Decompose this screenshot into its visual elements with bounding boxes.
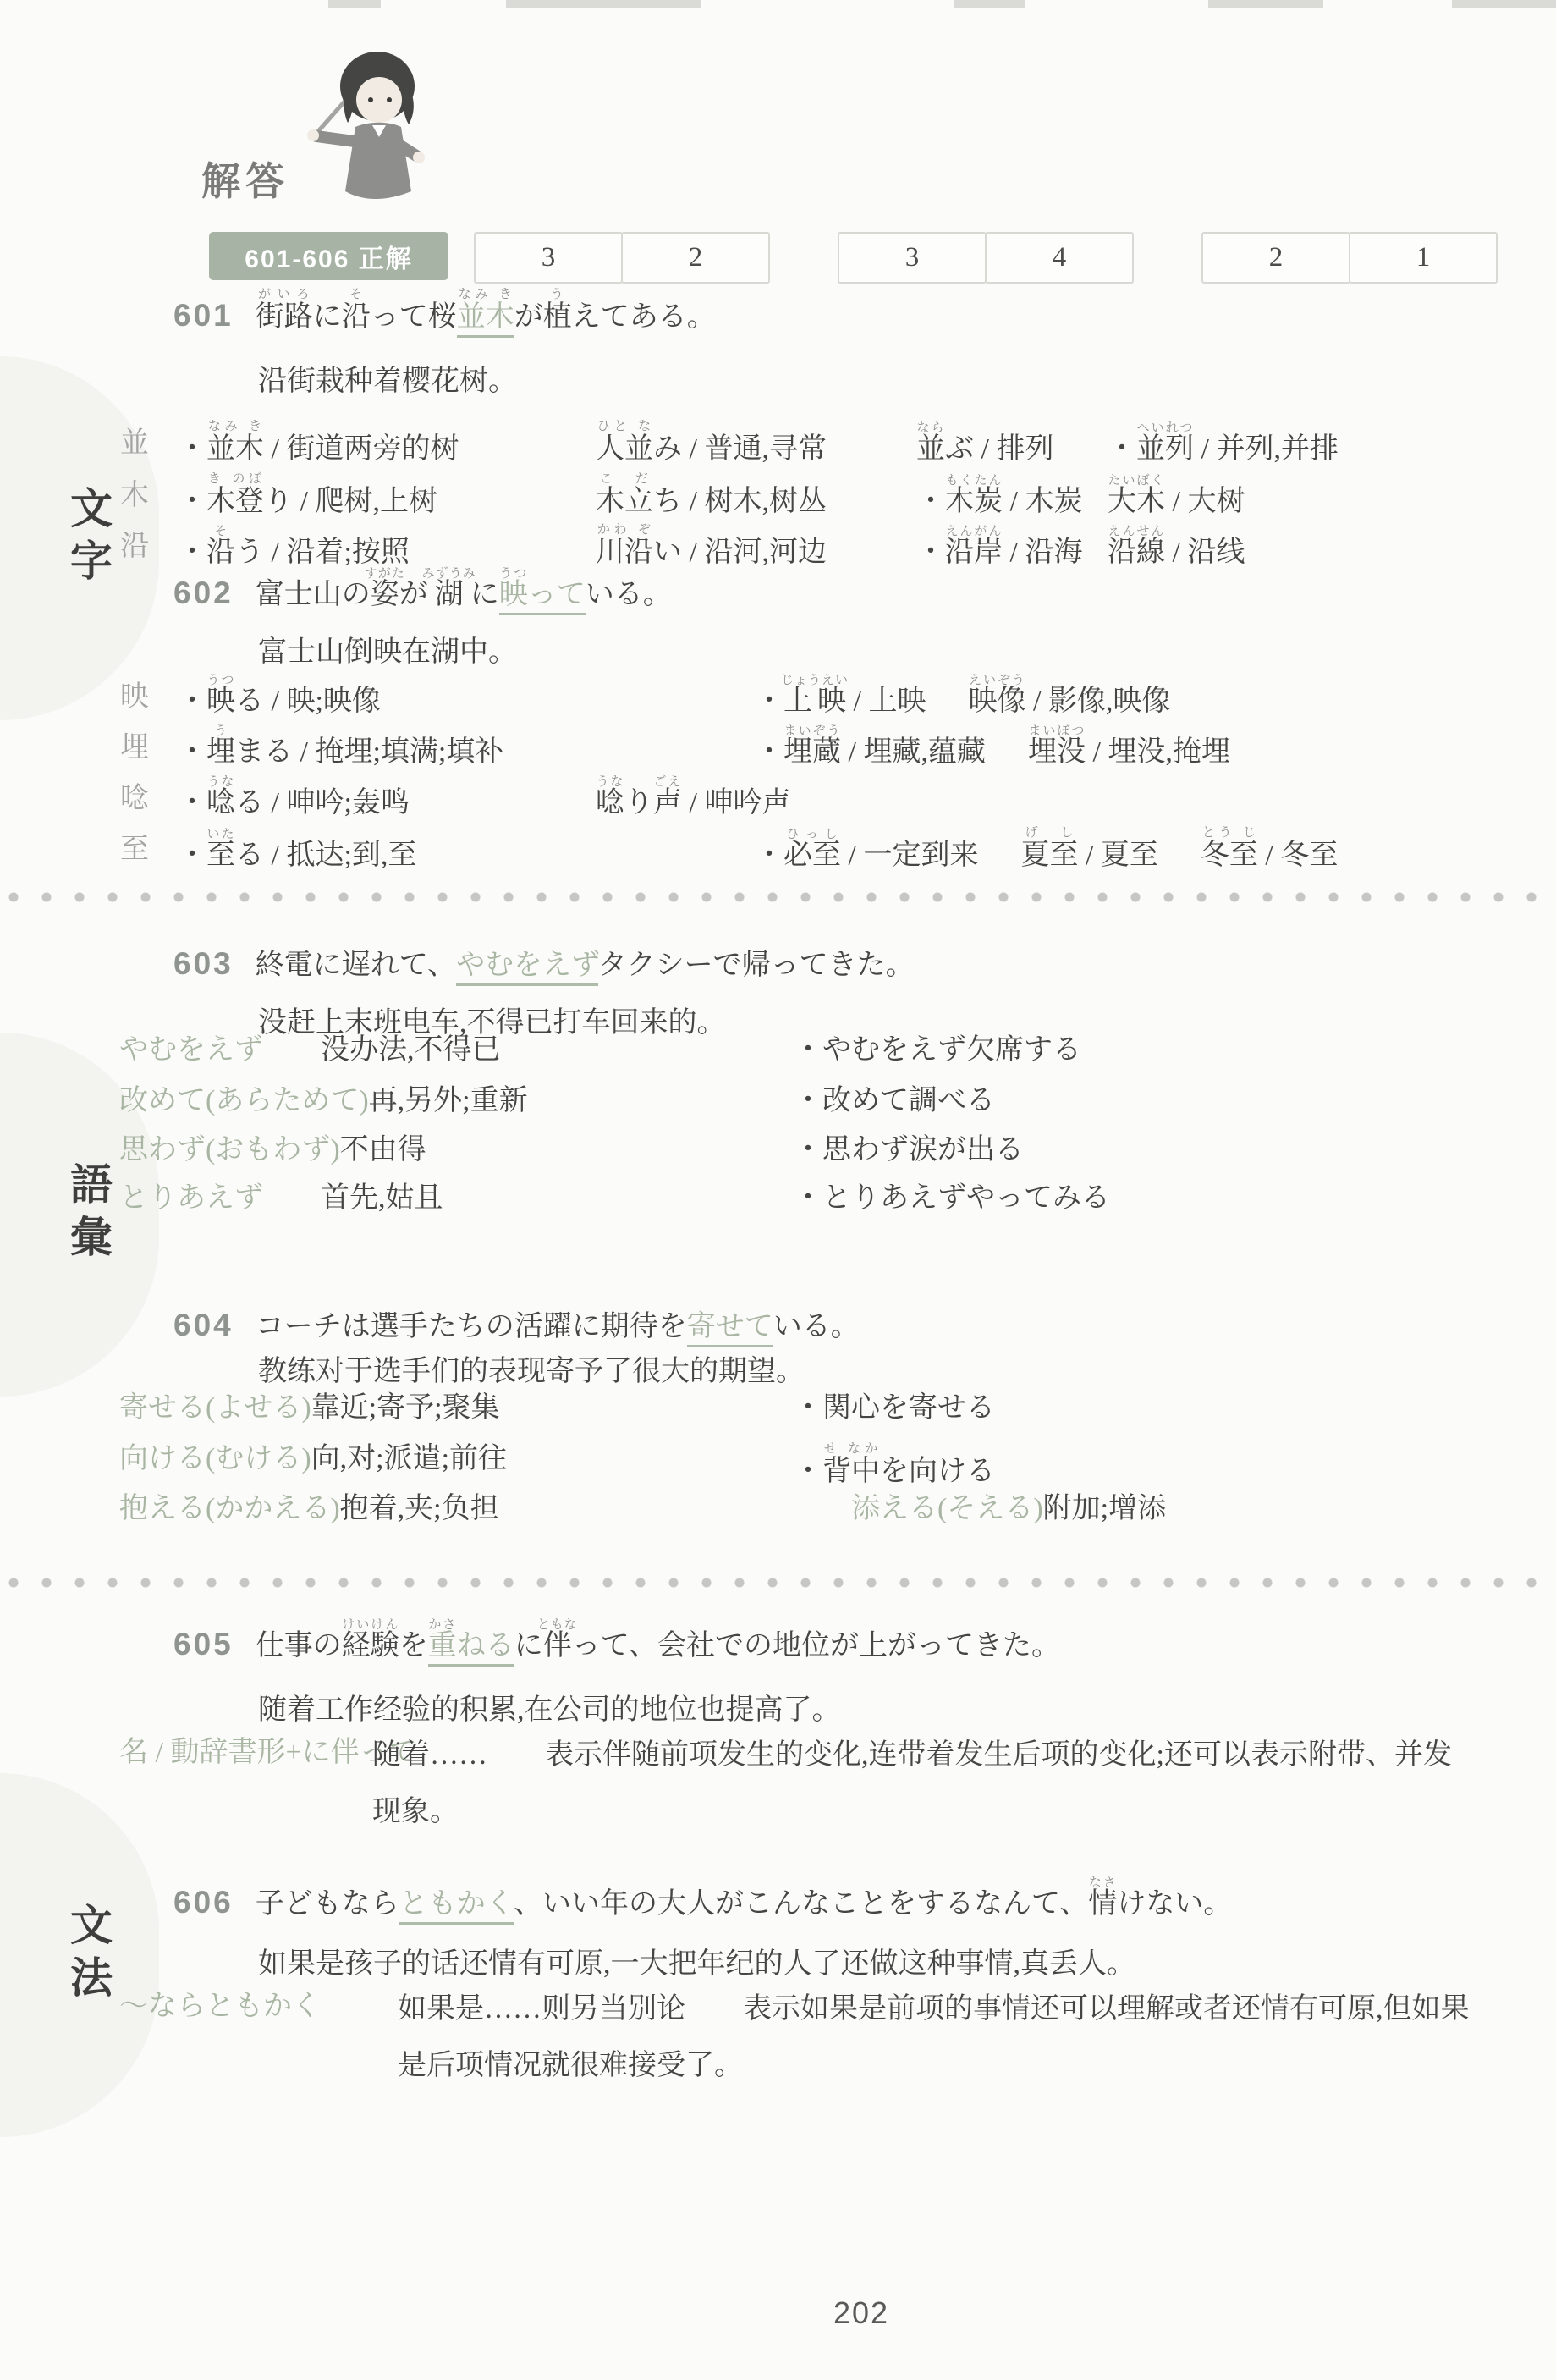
answer-cell: 4 [985,232,1134,284]
vocab-example: ・関心を寄せる [794,1391,995,1427]
vocab-item: 埋没まいぼつ / 埋没,掩埋 [1028,724,1230,771]
question-number: 606 [173,1885,234,1920]
vocab-headword: 思わず(おもわず)不由得 [119,1132,426,1169]
page-number: 202 [833,2295,889,2331]
vocab-item: ・映うつる / 映;映像 [178,673,751,720]
page-root: 文字 語彙 文法 解答 601-606 正解 3 2 [0,0,1556,2380]
vocab-list-row: 思わず(おもわず)不由得 ・思わず涙が出る [0,1132,1556,1183]
vocab-headword: 向ける(むける)向,对;派遣;前往 [119,1441,507,1478]
vocab-item: 夏至げ し / 夏至 [1020,825,1157,874]
vocab-list-row: やむをえず 没办法,不得已 ・やむをえず欠席する [0,1033,1556,1083]
vocab-example: ・やむをえず欠席する [794,1033,1081,1069]
scan-artifact [1208,0,1323,8]
question-number: 604 [173,1308,234,1343]
vocab-item: 唸うなり声ごえ / 呻吟声 [596,774,790,822]
vocab-example: ・背中せ なかを向ける [794,1441,995,1490]
vocab-headword: やむをえず 没办法,不得已 [119,1033,501,1069]
vocab-item: ・至いたる / 抵达;到,至 [178,827,751,874]
vocab-list-row: 改めて(あらためて)再,另外;重新 ・改めて調べる [0,1083,1556,1134]
answer-cell: 3 [474,232,623,284]
vocab-item: ・埋うまる / 掩埋;填满;填补 [178,724,751,771]
vocab-item: ・必至ひっし / 一定到来 [755,827,978,874]
question-602: 602 富士山の姿すがたが湖みずうみに映うつっている。 [173,566,672,614]
question-603: 603 終電に遅れて、やむをえずタクシーで帰ってきた。 [173,946,915,984]
question-sentence-jp: 子どもならともかく、いい年の大人がこんなことをするなんて、情なさけない。 [256,1876,1233,1923]
vocab-list-row: 抱える(かかえる)抱着,夹;负担 添える(そえる)附加;增添 [0,1491,1556,1542]
answer-cell: 3 [838,232,987,284]
question-605: 605 仕事の経験けいけんを重かさねるに伴ともなって、会社での地位が上がってきた… [173,1617,1060,1665]
kanji-head: 沿 [120,522,149,564]
vocab-list-row: とりあえず 首先,姑且 ・とりあえずやってみる [0,1181,1556,1231]
dotted-divider [7,1576,1549,1589]
scan-artifact [328,0,381,8]
vocab-list-row: 寄せる(よせる)靠近;寄予;聚集 ・関心を寄せる [0,1391,1556,1441]
kanji-head: 木 [120,471,149,513]
answer-cell: 1 [1349,232,1498,284]
dotted-divider [7,890,1549,903]
vocab-item: 人並ひと なみ / 普通,寻常 [596,419,913,468]
vocab-item: ・沿そう / 沿着;按照 [178,524,592,571]
vocab-item: ・上映じょうえい / 上映 [755,673,926,720]
kanji-row: 映 ・映うつる / 映;映像 ・上映じょうえい / 上映 映像えいぞう / 影像… [178,673,1170,720]
kanji-row: 埋 ・埋うまる / 掩埋;填满;填补 ・埋蔵まいぞう / 埋藏,蕴藏 埋没まいぼ… [178,724,1230,771]
vocab-item: ・埋蔵まいぞう / 埋藏,蕴藏 [755,724,986,771]
question-number: 605 [173,1627,234,1662]
vocab-example: 添える(そえる)附加;增添 [851,1491,1166,1528]
scan-artifact [954,0,1025,8]
question-sentence-jp: 仕事の経験けいけんを重かさねるに伴ともなって、会社での地位が上がってきた。 [256,1617,1060,1665]
answer-box-group: 2 1 [1201,232,1498,284]
question-translation-cn: 富士山倒映在湖中。 [258,635,517,671]
kanji-head: 埋 [120,724,149,765]
question-sentence-jp: コーチは選手たちの活躍に期待を寄せている。 [256,1309,860,1346]
question-translation-cn: 如果是孩子的话还情有可原,一大把年纪的人了还做这种事情,真丢人。 [258,1947,1135,1983]
question-number: 601 [173,298,234,333]
vocab-item: ・木炭もくたん / 木炭 [916,473,1104,521]
kanji-row: 唸 ・唸うなる / 呻吟;轰鸣 唸うなり声ごえ / 呻吟声 [178,774,790,822]
kanji-row: 木 ・木登き のぼり / 爬树,上树 木立こ だち / 树木,树丛 ・木炭もくた… [178,471,1245,521]
side-tab-label: 文法 [58,1903,118,2008]
scan-artifact [506,0,701,8]
answers-title: 解答 [201,151,289,207]
question-601: 601 街路がいろに沿そって桜並木なみ きが植うえてある。 [173,287,716,336]
vocab-item: ・唸うなる / 呻吟;轰鸣 [178,774,592,822]
vocab-item: 冬至とう じ / 冬至 [1201,825,1338,874]
kanji-row: 並 ・並木なみ き / 街道两旁的树 人並ひと なみ / 普通,寻常 並ならぶ … [178,419,1339,468]
vocab-item: 映像えいぞう / 影像,映像 [968,673,1170,720]
vocab-item: ・並木なみ き / 街道两旁的树 [178,419,592,468]
kanji-head: 並 [120,419,149,460]
grammar-explanation: 如果是……则另当别论 表示如果是前项的事情还可以理解或者还情有可原,但如果是后项… [398,1981,1481,2094]
answer-cell: 2 [1201,232,1350,284]
kanji-head: 唸 [120,774,149,816]
vocab-item: ・木登き のぼり / 爬树,上树 [178,471,592,521]
grammar-term: ～ならともかく [119,1989,321,2025]
answer-cell: 2 [621,232,770,284]
vocab-example: ・思わず涙が出る [794,1132,1024,1169]
kanji-row: 沿 ・沿そう / 沿着;按照 川沿かわ ぞい / 沿河,河边 ・沿岸えんがん /… [178,522,1245,571]
vocab-list-row: 向ける(むける)向,对;派遣;前往 ・背中せ なかを向ける [0,1441,1556,1492]
vocab-item: 大木たいぼく / 大树 [1108,473,1245,521]
vocab-item: 川沿かわ ぞい / 沿河,河边 [596,522,913,571]
answer-box-group: 3 2 [474,232,770,284]
vocab-headword: 抱える(かかえる)抱着,夹;负担 [119,1491,499,1528]
question-sentence-jp: 終電に遅れて、やむをえずタクシーで帰ってきた。 [256,948,915,984]
question-translation-cn: 随着工作经验的积累,在公司的地位也提高了。 [258,1693,841,1729]
side-tab-label: 文字 [58,486,118,591]
question-number: 602 [173,576,234,611]
vocab-headword: とりあえず 首先,姑且 [119,1181,443,1217]
kanji-row: 至 ・至いたる / 抵达;到,至 ・必至ひっし / 一定到来 夏至げ し / 夏… [178,825,1338,874]
vocab-example: ・とりあえずやってみる [794,1181,1110,1217]
question-sentence-jp: 富士山の姿すがたが湖みずうみに映うつっている。 [256,566,672,614]
vocab-item: 並ならぶ / 排列 [916,421,1104,468]
question-sentence-jp: 街路がいろに沿そって桜並木なみ きが植うえてある。 [256,287,716,336]
question-number: 603 [173,946,234,982]
scan-artifact [1452,0,1556,8]
vocab-item: 木立こ だち / 树木,树丛 [596,471,913,521]
answer-key-label: 601-606 正解 [209,232,448,280]
answer-box-group: 3 4 [838,232,1134,284]
question-translation-cn: 教练对于选手们的表现寄予了很大的期望。 [258,1354,805,1391]
vocab-item: ・沿岸えんがん / 沿海 [916,524,1104,571]
vocab-headword: 寄せる(よせる)靠近;寄予;聚集 [119,1391,500,1427]
vocab-item: 沿線えんせん / 沿线 [1108,524,1245,571]
grammar-explanation: 随着…… 表示伴随前项发生的变化,连带着发生后项的变化;还可以表示附带、并发现象… [372,1727,1472,1840]
girl-illustration [298,42,433,203]
question-604: 604 コーチは選手たちの活躍に期待を寄せている。 [173,1308,860,1346]
vocab-item: ・並列へいれつ / 并列,并排 [1108,421,1339,468]
kanji-head: 至 [120,825,149,867]
vocab-example: ・改めて調べる [794,1083,995,1120]
side-tab-bunpo: 文法 [0,1773,159,2137]
kanji-head: 映 [120,673,149,714]
question-translation-cn: 沿街栽种着樱花树。 [258,364,517,400]
question-606: 606 子どもならともかく、いい年の大人がこんなことをするなんて、情なさけない。 [173,1876,1232,1923]
vocab-headword: 改めて(あらためて)再,另外;重新 [119,1083,528,1120]
